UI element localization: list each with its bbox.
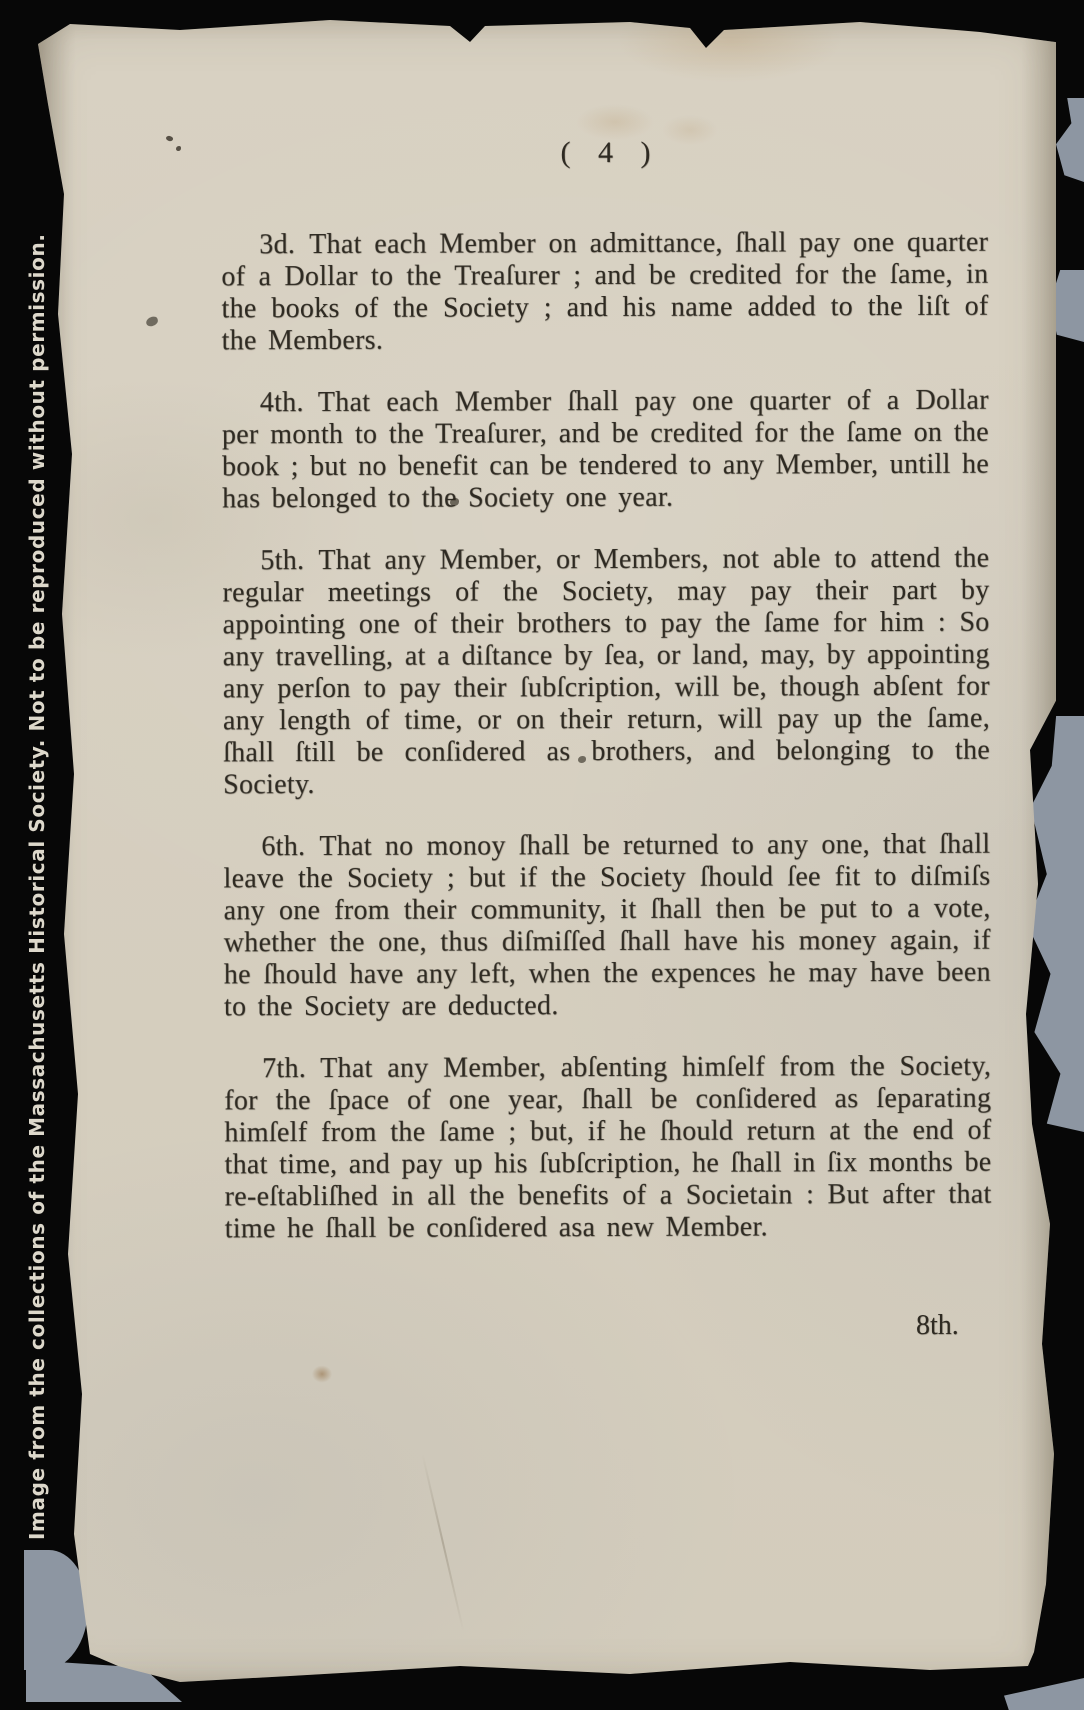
article-ordinal: 6th. <box>261 831 305 862</box>
article-ordinal: 7th. <box>262 1053 306 1084</box>
ink-speck <box>145 316 159 328</box>
page-number: ( 4 ) <box>223 136 990 170</box>
document-page: ( 4 ) 3d.That each Member on admittance,… <box>30 14 1056 1696</box>
article-paragraph: 5th.That any Member, or Members, not abl… <box>222 543 990 802</box>
article-paragraph: 7th.That any Member, abſenting himſelf f… <box>224 1051 992 1246</box>
article-paragraph: 4th.That each Member ſhall pay one quart… <box>222 385 989 516</box>
article-body: That any Member, or Members, not able to… <box>222 543 990 801</box>
article-body: That each Member ſhall pay one quarter o… <box>222 385 989 515</box>
scanned-document: Image from the collections of the Massac… <box>0 0 1084 1710</box>
article-body: That any Member, abſenting himſelf from … <box>224 1051 991 1245</box>
article-paragraph: 6th.That no monoy ſhall be returned to a… <box>223 829 991 1024</box>
article-ordinal: 4th. <box>260 387 304 418</box>
ink-speck <box>165 135 173 142</box>
catchword: 8th. <box>916 1310 959 1342</box>
under-sheet-fragment <box>24 1550 88 1670</box>
under-sheet-fragment <box>1056 98 1084 182</box>
article-ordinal: 5th. <box>260 545 304 576</box>
under-sheet-fragment <box>1004 1678 1084 1710</box>
article-body: That no monoy ſhall be returned to any o… <box>223 829 990 1023</box>
ink-speck <box>176 146 181 151</box>
rights-notice: Image from the collections of the Massac… <box>25 233 49 1540</box>
article-body: That each Member on admittance, ſhall pa… <box>221 227 988 357</box>
article-paragraph: 3d.That each Member on admittance, ſhall… <box>221 227 988 358</box>
article-ordinal: 3d. <box>259 229 295 260</box>
page-text: 3d.That each Member on admittance, ſhall… <box>221 227 992 1246</box>
paper-crease <box>422 1454 465 1632</box>
